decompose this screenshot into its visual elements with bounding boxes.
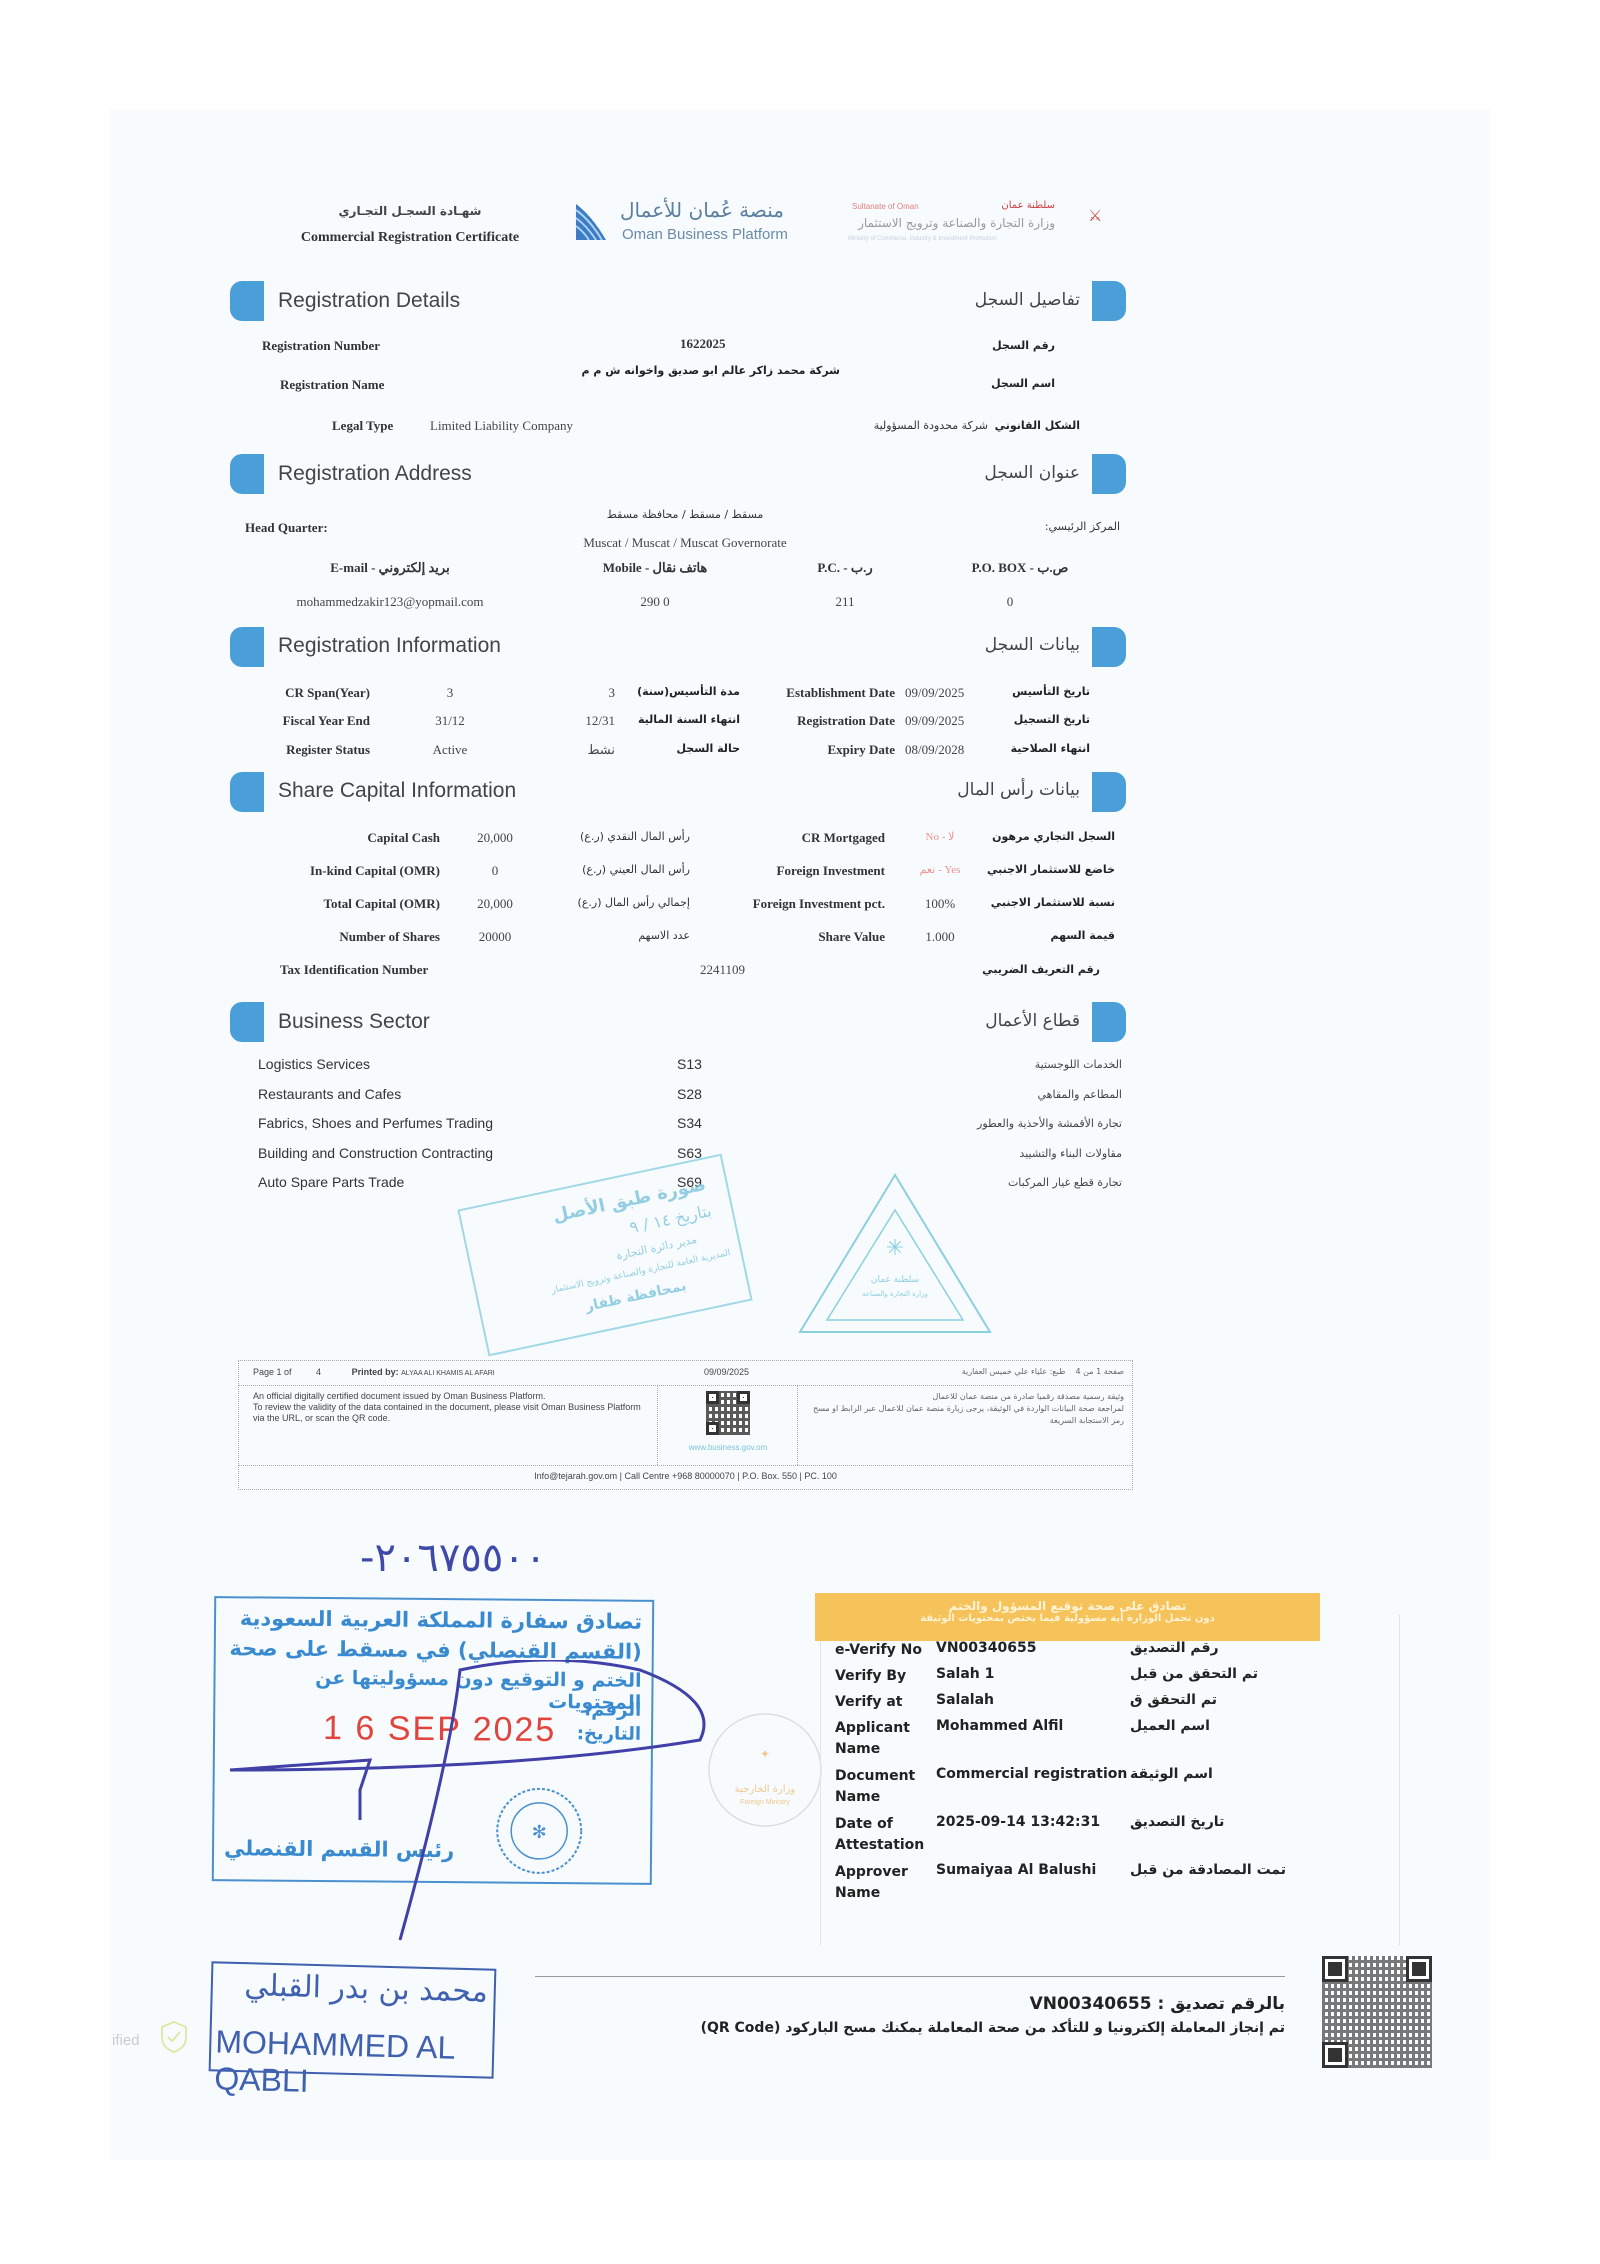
legal-type-label-ar: الشكل القانوني	[990, 419, 1080, 432]
platform-name-ar: منصة عُمان للأعمال	[620, 198, 805, 222]
business-activity-code: S34	[677, 1115, 702, 1131]
reg-number-label-ar: رقم السجل	[940, 339, 1055, 352]
attestation-value: Mohammed Alfil	[936, 1718, 1063, 1734]
business-activity-name-ar: الخدمات اللوجستية	[860, 1058, 1122, 1071]
info-value: 3	[410, 685, 490, 701]
page-label: Page 1 of	[253, 1367, 292, 1377]
attestation-label: Date of Attestation	[835, 1814, 927, 1856]
pobox-value: 0	[980, 594, 1040, 610]
attestation-label-ar: رقم التصديق	[1130, 1640, 1330, 1656]
capital-value: 20,000	[460, 830, 530, 846]
qr-url[interactable]: www.business.gov.om	[669, 1443, 787, 1452]
business-activity-name: Fabrics, Shoes and Perfumes Trading	[258, 1115, 493, 1131]
section-marker-right	[1092, 772, 1126, 812]
printed-by-ar: طبع: علياء علي خميس العفارية	[962, 1367, 1066, 1376]
section-marker-right	[1092, 627, 1126, 667]
legal-type-label: Legal Type	[332, 418, 393, 434]
oman-business-platform-logo-icon	[572, 200, 610, 244]
attestation-label-ar: تاريخ التصديق	[1130, 1814, 1330, 1830]
info-label: Fiscal Year End	[250, 713, 370, 729]
capital-value-2: نعم - Yes	[900, 863, 980, 876]
capital-label-2-ar: قيمة السهم	[975, 929, 1115, 942]
contact-info: Info@tejarah.gov.om | Call Centre +968 8…	[239, 1471, 1132, 1481]
tax-id-value: 2241109	[700, 962, 745, 978]
print-date: 09/09/2025	[704, 1367, 749, 1377]
tax-id-label: Tax Identification Number	[280, 962, 428, 978]
capital-label: Number of Shares	[245, 929, 440, 945]
info-value: 31/12	[410, 713, 490, 729]
ministry-name-en: Ministry of Commerce, Industry & Investm…	[848, 236, 997, 242]
capital-label-2-ar: خاضع للاستثمار الاجنبي	[975, 863, 1115, 876]
ministry-sultanate-en: Sultanate of Oman	[852, 202, 919, 211]
info-label: Register Status	[250, 742, 370, 758]
info-label-2-ar: تاريخ التأسيس	[990, 685, 1090, 698]
section-marker-left	[230, 772, 264, 812]
business-activity-name-ar: مقاولات البناء والتشييد	[860, 1147, 1122, 1160]
foreign-ministry-seal-icon: ✦ وزارة الخارجية Foreign Ministry	[705, 1710, 825, 1830]
scan-instruction-line: تم إنجاز المعاملة إلكترونيا و للتأكد من …	[620, 2020, 1285, 2036]
capital-label-ar: عدد الاسهم	[555, 929, 690, 942]
capital-label-2: Foreign Investment pct.	[700, 896, 885, 912]
notice-en-1: An official digitally certified document…	[253, 1391, 653, 1402]
info-value-ar: 3	[545, 685, 615, 701]
page-ar: صفحة 1 من 4	[1076, 1367, 1125, 1376]
verification-qr-code[interactable]	[1322, 1956, 1432, 2068]
business-activity-name-ar: تجارة الأقمشة والأحذية والعطور	[860, 1117, 1122, 1130]
footer-qr-code[interactable]	[706, 1391, 750, 1435]
capital-value-2: No - لا	[900, 830, 980, 843]
oman-emblem-icon: ⚔	[1088, 206, 1102, 226]
svg-text:وزارة الخارجية: وزارة الخارجية	[735, 1784, 796, 1795]
ministry-sultanate-ar: سلطنة عمان	[960, 200, 1055, 211]
reg-number-label: Registration Number	[262, 338, 380, 354]
capital-label-2: CR Mortgaged	[700, 830, 885, 846]
signature-icon	[220, 1660, 760, 1960]
document-footer: Page 1 of 4 Printed by: ALYAA ALI KHAMIS…	[238, 1360, 1133, 1490]
svg-text:✳: ✳	[886, 1235, 904, 1260]
verification-divider	[535, 1976, 1285, 1977]
section-title-registration-details: Registration Details	[278, 289, 460, 313]
hq-label: Head Quarter:	[245, 520, 328, 536]
attestation-banner: تصادق على صحة توقيع المسؤول والختم دون ت…	[815, 1593, 1320, 1641]
info-value-2: 08/09/2028	[905, 742, 964, 758]
section-title-business-sector-ar: قطاع الأعمال	[900, 1011, 1080, 1031]
hq-label-ar: المركز الرئيسي:	[990, 520, 1120, 533]
section-title-business-sector: Business Sector	[278, 1010, 430, 1034]
section-marker-left	[230, 281, 264, 321]
business-activity-name-ar: المطاعم والمقاهي	[860, 1088, 1122, 1101]
notice-ar-2: لمراجعة صحة البيانات الواردة في الوثيقة،…	[804, 1403, 1124, 1427]
info-label-ar: انتهاء السنة المالية	[620, 713, 740, 726]
platform-name-en: Oman Business Platform	[622, 226, 788, 243]
section-title-registration-information-ar: بيانات السجل	[900, 635, 1080, 655]
attestation-label-ar: اسم الوثيقة	[1130, 1766, 1330, 1782]
ministry-name-ar: وزارة التجارة والصناعة وترويج الاستثمار	[845, 216, 1055, 230]
attestation-label: e-Verify No	[835, 1640, 927, 1661]
attestation-value: Salalah	[936, 1692, 994, 1708]
printed-by-value: ALYAA ALI KHAMIS AL AFARI	[401, 1370, 495, 1377]
pobox-header: P.O. BOX - ص.ب	[955, 560, 1085, 576]
pc-value: 211	[805, 594, 885, 610]
reg-name-label-ar: اسم السجل	[940, 377, 1055, 390]
hq-value-ar: مسقط / مسقط / محافظة مسقط	[560, 508, 810, 521]
certificate-title-en: Commercial Registration Certificate	[270, 230, 550, 246]
section-marker-left	[230, 454, 264, 494]
capital-label-2-ar: السجل التجاري مرهون	[975, 830, 1115, 843]
section-title-share-capital-ar: بيانات رأس المال	[900, 780, 1080, 800]
business-activity-name: Auto Spare Parts Trade	[258, 1174, 404, 1190]
info-label: CR Span(Year)	[250, 685, 370, 701]
attestation-label: Verify By	[835, 1666, 927, 1687]
section-title-registration-address-ar: عنوان السجل	[900, 463, 1080, 483]
capital-value: 20000	[460, 929, 530, 945]
info-value-ar: 12/31	[545, 713, 615, 729]
reg-name-value: شركة محمد زاكر عالم ابو صديق واخوانه ش م…	[540, 364, 840, 377]
email-header: E-mail - بريد إلكتروني	[290, 560, 490, 576]
attestation-value: Sumaiyaa Al Balushi	[936, 1862, 1096, 1878]
verify-number-line: بالرقم تصديق : VN00340655	[620, 1994, 1285, 2014]
svg-text:سلطنة عمان: سلطنة عمان	[871, 1275, 919, 1285]
info-label-ar: مدة التأسيس(سنة)	[620, 685, 740, 698]
capital-label-2-ar: نسبة للاستثمار الاجنبي	[975, 896, 1115, 909]
section-marker-right	[1092, 281, 1126, 321]
attestation-label: Approver Name	[835, 1862, 927, 1904]
section-title-share-capital: Share Capital Information	[278, 779, 516, 803]
info-value-ar: نشط	[545, 742, 615, 758]
capital-label-2: Share Value	[700, 929, 885, 945]
email-value: mohammedzakir123@yopmail.com	[260, 594, 520, 610]
printed-by-label: Printed by:	[352, 1367, 399, 1377]
section-title-registration-information: Registration Information	[278, 634, 501, 658]
capital-value-2: 100%	[900, 896, 980, 912]
capital-label-ar: رأس المال العيني (ر.ع)	[555, 863, 690, 876]
qabli-name-stamp: محمد بن بدر القبلي MOHAMMED AL QABLI	[209, 1961, 497, 2078]
svg-text:وزارة التجارة والصناعة: وزارة التجارة والصناعة	[862, 1290, 928, 1298]
business-activity-name: Logistics Services	[258, 1056, 370, 1072]
reg-name-label: Registration Name	[280, 377, 384, 393]
business-activity-name: Building and Construction Contracting	[258, 1145, 493, 1161]
info-label-2: Registration Date	[740, 713, 895, 729]
verified-badge-text: ified	[112, 2032, 140, 2049]
capital-label-ar: إجمالي رأس المال (ر.ع)	[555, 896, 690, 909]
business-activity-code: S13	[677, 1056, 702, 1072]
hq-value-en: Muscat / Muscat / Muscat Governorate	[540, 535, 830, 551]
attestation-label: Document Name	[835, 1766, 927, 1808]
ministry-triangle-seal-icon: ✳ سلطنة عمان وزارة التجارة والصناعة	[795, 1170, 995, 1340]
notice-en-2: To review the validity of the data conta…	[253, 1402, 653, 1424]
svg-text:✦: ✦	[760, 1747, 770, 1761]
business-activity-code: S28	[677, 1086, 702, 1102]
info-value: Active	[410, 742, 490, 758]
notice-ar-1: وثيقة رسمية مصدقة رقميا صادرة من منصة عم…	[804, 1391, 1124, 1403]
info-value-2: 09/09/2025	[905, 713, 964, 729]
section-marker-left	[230, 1002, 264, 1042]
info-value-2: 09/09/2025	[905, 685, 964, 701]
verified-shield-icon	[160, 2020, 188, 2054]
mobile-header: Mobile - هاتف نقال	[575, 560, 735, 576]
info-label-2-ar: تاريخ التسجيل	[990, 713, 1090, 726]
mobile-value: 290 0	[605, 594, 705, 610]
capital-label-ar: رأس المال النقدي (ر.ع)	[555, 830, 690, 843]
attestation-label-ar: تمت المصادقة من قبل	[1130, 1862, 1330, 1878]
attestation-value: VN00340655	[936, 1640, 1036, 1656]
info-label-2: Establishment Date	[740, 685, 895, 701]
capital-label: In-kind Capital (OMR)	[245, 863, 440, 879]
section-marker-right	[1092, 1002, 1126, 1042]
attestation-label-ar: تم التحقق ق	[1130, 1692, 1330, 1708]
attestation-value: Salah 1	[936, 1666, 994, 1682]
capital-label-2: Foreign Investment	[700, 863, 885, 879]
attestation-label: Applicant Name	[835, 1718, 927, 1760]
attestation-label-ar: اسم العميل	[1130, 1718, 1330, 1734]
info-label-2-ar: انتهاء الصلاحية	[990, 742, 1090, 755]
tax-id-label-ar: رقم التعريف الضريبي	[940, 963, 1100, 976]
reg-number-value: 1622025	[680, 336, 726, 352]
certificate-title-ar: شهـادة السجـل التجـاري	[295, 204, 525, 218]
svg-text:Foreign Ministry: Foreign Ministry	[740, 1799, 790, 1806]
attestation-label: Verify at	[835, 1692, 927, 1713]
legal-type-value: Limited Liability Company	[430, 418, 573, 434]
info-label-ar: حالة السجل	[620, 742, 740, 755]
capital-label: Capital Cash	[245, 830, 440, 846]
info-label-2: Expiry Date	[740, 742, 895, 758]
legal-type-value-ar: شركة محدودة المسؤولية	[820, 419, 988, 432]
attestation-label-ar: تم التحقق من قبل	[1130, 1666, 1330, 1682]
business-activity-name: Restaurants and Cafes	[258, 1086, 401, 1102]
page-total: 4	[316, 1367, 321, 1377]
capital-value: 0	[460, 863, 530, 879]
capital-label: Total Capital (OMR)	[245, 896, 440, 912]
section-marker-right	[1092, 454, 1126, 494]
attestation-value: Commercial registration	[936, 1766, 1127, 1782]
attestation-value: 2025-09-14 13:42:31	[936, 1814, 1100, 1830]
section-marker-left	[230, 627, 264, 667]
section-title-registration-address: Registration Address	[278, 462, 472, 486]
section-title-registration-details-ar: تفاصيل السجل	[900, 290, 1080, 310]
capital-value-2: 1.000	[900, 929, 980, 945]
pc-header: P.C. - ر.ب	[795, 560, 895, 576]
capital-value: 20,000	[460, 896, 530, 912]
handwritten-number: ٢٠٦٧٥٥٠٠-	[360, 1535, 546, 1581]
